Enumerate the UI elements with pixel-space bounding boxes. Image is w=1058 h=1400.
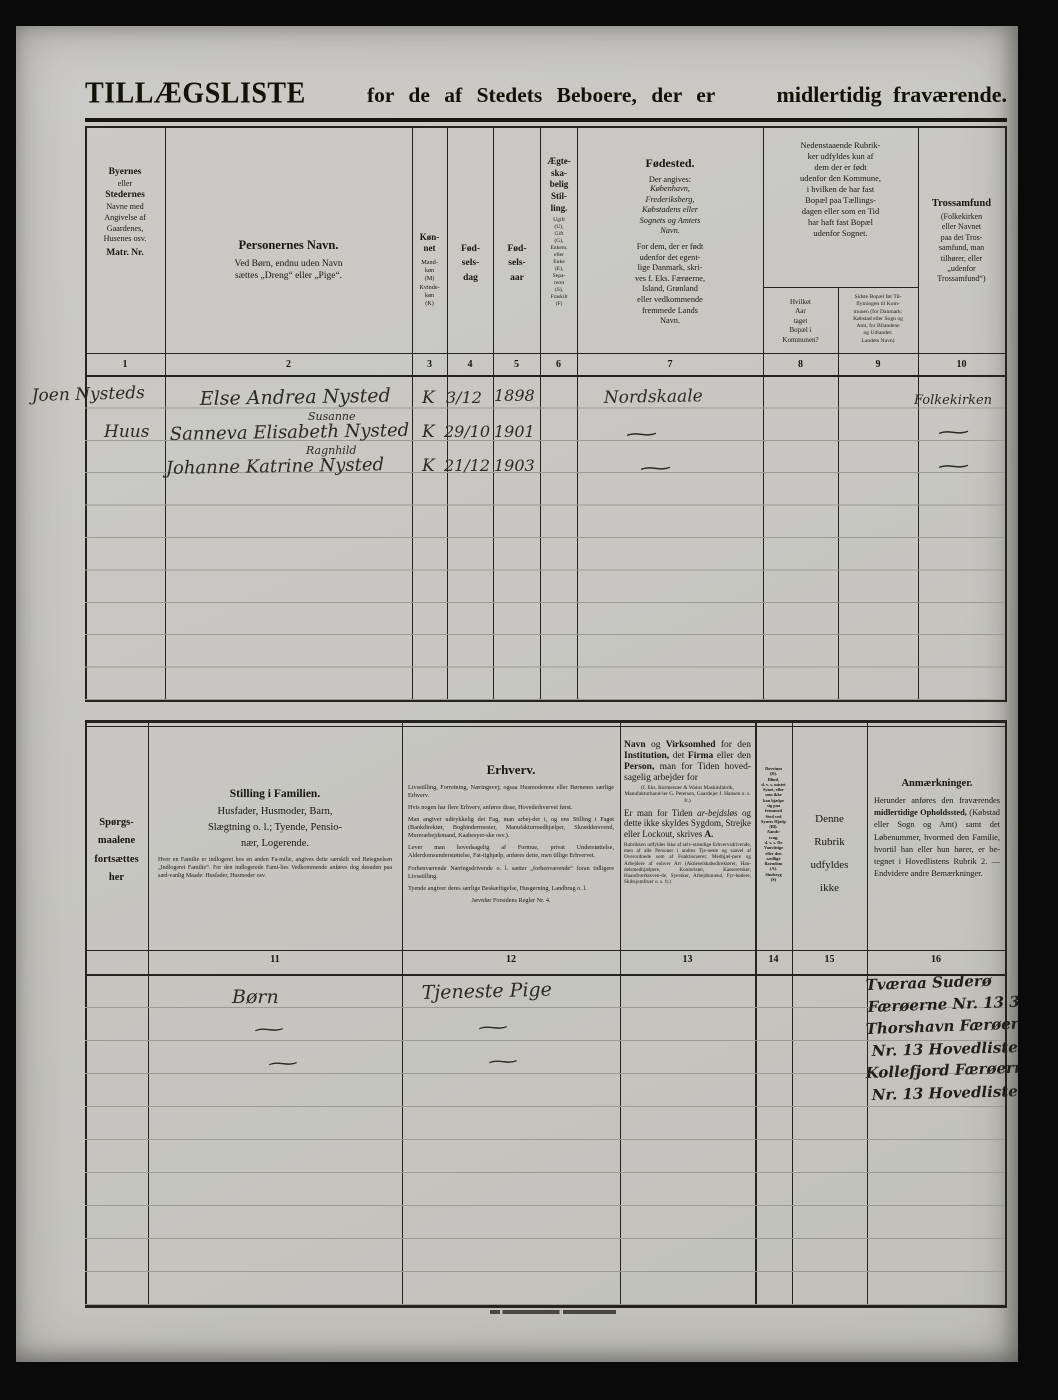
col13-bold-institution: Institution, xyxy=(624,751,669,761)
row1-birthday-entry: 3/12 xyxy=(446,388,482,407)
page-title-tail: midlertidig fraværende. xyxy=(777,82,1007,108)
column-3-header: Køn- net Mand- køn (M) Kvinde- køn (K) xyxy=(413,232,446,309)
col13-bold-person: Person, xyxy=(624,762,654,772)
col4-number: 4 xyxy=(447,359,493,370)
house-name-entry-line2: Huus xyxy=(104,422,149,442)
col12-paragraph-7: Jævnfør Forsidens Regler Nr. 4. xyxy=(408,897,614,905)
table1-number-row-line xyxy=(85,353,1007,354)
column-1-header: Byernes eller Stedernes Navne med Angive… xyxy=(87,166,163,260)
col13-bold-firma: Firma xyxy=(688,751,713,761)
row1-occupation-entry: Tjeneste Pige xyxy=(421,979,552,1004)
col5-title: Fød- sels- aar xyxy=(495,242,539,285)
column-2-header: Personernes Navn. Ved Børn, endnu uden N… xyxy=(167,238,410,281)
col2-sub2: sættes „Dreng“ eller „Pige“. xyxy=(167,271,410,281)
col10-sub: (Folkekirken eller Navnet paa det Tros- … xyxy=(920,212,1003,285)
col13-paragraph-2: Er man for Tiden ar-bejdsløs og dette ik… xyxy=(624,808,751,839)
row3-occupation-ditto: ~ xyxy=(496,1052,510,1072)
row1-name-entry: Else Andrea Nysted xyxy=(200,385,391,410)
col6-number: 6 xyxy=(540,359,577,370)
col12-paragraph-3: Man angiver udtrykkelig det Fag, man arb… xyxy=(408,816,614,840)
col1-title-byernes: Byernes xyxy=(87,166,163,179)
col16-title: Anmærkninger. xyxy=(874,778,1000,789)
col13-text: Er man for Tiden xyxy=(624,808,697,818)
col7-number: 7 xyxy=(577,359,763,370)
row2-occupation-ditto: ~ xyxy=(486,1018,500,1038)
col11-number: 11 xyxy=(148,954,402,965)
row2-birthday-entry: 29/10 xyxy=(444,422,490,441)
row2-name-entry: Sanneva Elisabeth Nysted xyxy=(170,420,410,445)
col16-text: (Købstad eller Sogn og Amt) samt det Løb… xyxy=(874,808,1000,878)
row2-birthyear-entry: 1901 xyxy=(494,422,535,441)
scanned-census-sheet: { "title": { "lead": "TILLÆGSLISTE", "mi… xyxy=(0,0,1058,1400)
col11-fine-print: Hvor en Familie er indlogeret hos en and… xyxy=(152,857,398,880)
ditto-mark: ~ xyxy=(635,458,677,480)
col16-body: Herunder anføres den fraværendes midlert… xyxy=(874,795,1000,880)
column-15-header: Denne Rubrik udfyldes ikke xyxy=(794,808,865,900)
col13-italic-arbejdslos: ar-bejdsløs xyxy=(697,808,737,818)
col9-number: 9 xyxy=(838,359,918,370)
row3-name-entry: Johanne Katrine Nysted xyxy=(166,454,385,479)
table1-right-border xyxy=(1005,126,1007,702)
col5-number: 5 xyxy=(493,359,540,370)
column-11-header: Stilling i Familien. Husfader, Husmoder,… xyxy=(152,788,398,881)
col13-fine-print-1: (f. Eks. Burmeister & Wains Maskinfabrik… xyxy=(624,785,751,804)
column-8-9-group-header: Nedenstaaende Rubrik- ker udfyldes kun a… xyxy=(765,140,916,239)
col12-paragraph-6: Tyende angiver deres særlige Beskæftigel… xyxy=(408,885,614,893)
col16-bold-opholdssted: midlertidige Opholdssted, xyxy=(874,808,967,817)
col11-title: Stilling i Familien. xyxy=(152,788,398,800)
col10-number: 10 xyxy=(918,359,1005,370)
row3-creed-ditto: ~ xyxy=(946,456,961,477)
table2-bottom-border xyxy=(85,1305,1007,1308)
col14-number: 14 xyxy=(755,954,792,965)
row3-birthplace-ditto: ~ xyxy=(648,458,663,479)
table2-top-border xyxy=(85,720,1007,723)
ditto-mark: ~ xyxy=(249,1020,289,1041)
title-rule xyxy=(85,118,1007,122)
row3-birthyear-entry: 1903 xyxy=(494,456,535,475)
column-16-header: Anmærkninger. Herunder anføres den fravæ… xyxy=(874,778,1000,880)
col7-title: Fødested. xyxy=(579,156,761,171)
col13-bold-a: A. xyxy=(704,829,713,839)
column-8-header: Hvilket Aar taget Bopæl i Kommunen? xyxy=(765,298,836,345)
ditto-mark: ~ xyxy=(933,422,975,444)
ditto-mark: ~ xyxy=(621,424,663,446)
col12-paragraph-1: Livsstilling, Forretning, Næringsvej; og… xyxy=(408,784,614,800)
col10-title: Trossamfund xyxy=(920,198,1003,209)
table2-side-label: Spørgs- maalene fortsættes her xyxy=(87,814,146,888)
row1-creed-entry: Folkekirken xyxy=(914,393,992,408)
col11-sub: Husfader, Husmoder, Barn, Slægtning o. l… xyxy=(152,804,398,851)
row3-remark-line2: Nr. 13 Hovedlisten xyxy=(872,1082,1018,1104)
col3-number: 3 xyxy=(412,359,447,370)
col13-lead: Navn og Virksomhed for den Institution, … xyxy=(624,740,751,784)
col16-text: Herunder anføres den fraværendes xyxy=(874,796,1000,805)
house-name-entry-line1: Joen Nysteds xyxy=(31,383,145,406)
col1-subtext: Navne med Angivelse af Gaardenes, Husene… xyxy=(87,202,163,245)
col13-text: det xyxy=(669,751,688,761)
row3-family-ditto: ~ xyxy=(276,1054,290,1074)
row1-birthplace-entry: Nordskaale xyxy=(604,386,703,408)
page-title-lead: TILLÆGSLISTE xyxy=(85,77,306,112)
row1-sex-entry: K xyxy=(422,388,435,408)
col1-matrnr: Matr. Nr. xyxy=(87,247,163,260)
col13-text: eller den xyxy=(713,751,751,761)
ditto-mark: ~ xyxy=(483,1052,523,1073)
column-10-header: Trossamfund (Folkekirken eller Navnet pa… xyxy=(920,198,1003,285)
row3-birthday-entry: 21/12 xyxy=(444,456,490,475)
col2-sub1: Ved Børn, endnu uden Navn xyxy=(167,259,410,269)
table2-number-row-line xyxy=(85,950,1007,951)
page-title: TILLÆGSLISTE for de af Stedets Beboere, … xyxy=(85,78,1007,110)
row2-sex-entry: K xyxy=(422,422,435,442)
col1-eller: eller xyxy=(87,179,163,190)
row2-remark-line2: Nr. 13 Hovedlisten xyxy=(872,1038,1018,1060)
col13-fine-print-2: Rubrikken udfyldes ikke af selv-stændige… xyxy=(624,842,751,885)
col12-paragraph-4: Lever man hovedsagelig af Formue, privat… xyxy=(408,844,614,860)
table1-col89-split-line xyxy=(763,287,918,288)
col2-title: Personernes Navn. xyxy=(167,238,410,253)
column-13-header: Navn og Virksomhed for den Institution, … xyxy=(624,740,751,948)
col13-number: 13 xyxy=(620,954,755,965)
col13-text: og xyxy=(646,740,666,750)
row1-birthyear-entry: 1898 xyxy=(494,386,535,405)
census-form-page: TILLÆGSLISTE for de af Stedets Beboere, … xyxy=(16,26,1018,1362)
row2-creed-ditto: ~ xyxy=(946,422,961,443)
col15-number: 15 xyxy=(792,954,867,965)
column-7-header: Fødested. Der angives: København, Freder… xyxy=(579,156,761,327)
col4-title: Fød- sels- dag xyxy=(449,242,492,285)
column-5-header: Fød- sels- aar xyxy=(495,242,539,285)
col2-number: 2 xyxy=(165,359,412,370)
table1-top-border xyxy=(85,126,1007,128)
table1-bottom-border xyxy=(85,700,1007,702)
col13-bold-navn: Navn xyxy=(624,740,646,750)
col12-paragraph-2: Hvis nogen har flere Erhverv, anføres di… xyxy=(408,804,614,812)
column-4-header: Fød- sels- dag xyxy=(449,242,492,285)
col6-sub: Ugift (U), Gift (G), Enkem. eller Enke (… xyxy=(542,217,576,308)
col13-text: for den xyxy=(716,740,751,750)
col6-title: Ægte- ska- belig Stil- ling. xyxy=(542,156,576,214)
col12-paragraph-5: Forhenværende Næringsdrivende o. l. sætt… xyxy=(408,865,614,881)
page-title-middle: for de af Stedets Beboere, der er xyxy=(367,83,715,108)
ditto-mark: ~ xyxy=(473,1018,513,1039)
col1-title-stedernes: Stedernes xyxy=(87,189,163,202)
ditto-mark: ~ xyxy=(263,1054,303,1075)
col16-number: 16 xyxy=(867,954,1005,965)
col13-bold-virksomhed: Virksomhed xyxy=(666,740,716,750)
printer-imprint xyxy=(490,1310,616,1314)
column-9-header: Sidste Bopæl før Til- flytningen til Kom… xyxy=(840,294,916,345)
table2-top-inner-line xyxy=(85,726,1007,727)
table2-right-border xyxy=(1005,720,1007,1308)
row1-family-position-entry: Børn xyxy=(232,986,279,1008)
col12-title: Erhverv. xyxy=(408,762,614,778)
row2-family-ditto: ~ xyxy=(262,1020,276,1040)
column-6-header: Ægte- ska- belig Stil- ling. Ugift (U), … xyxy=(542,156,576,308)
column-12-header: Erhverv. Livsstilling, Forretning, Nærin… xyxy=(408,762,614,905)
col7-sub2: København, Frederiksberg, Købstadens ell… xyxy=(579,184,761,237)
col3-title: Køn- net xyxy=(413,232,446,255)
col12-number: 12 xyxy=(402,954,620,965)
column-14-header: Døvstum (D). Blind, d. v. s. mistet Syne… xyxy=(756,766,791,882)
col8-number: 8 xyxy=(763,359,838,370)
row2-birthplace-ditto: ~ xyxy=(634,424,649,445)
col7-sub1: Der angives: xyxy=(579,175,761,184)
col3-sub: Mand- køn (M) Kvinde- køn (K) xyxy=(413,259,446,309)
ditto-mark: ~ xyxy=(933,456,975,478)
col7-sub3: For dem, der er født udenfor det egent- … xyxy=(579,242,761,327)
col1-number: 1 xyxy=(85,359,165,370)
row3-sex-entry: K xyxy=(422,456,435,476)
